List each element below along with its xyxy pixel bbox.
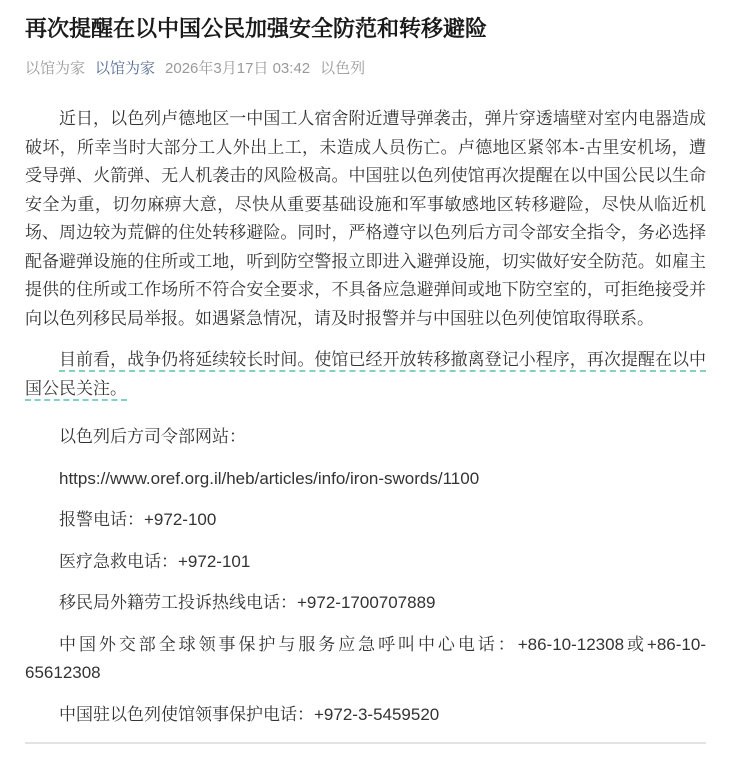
article-meta: 以馆为家 以馆为家 2026年3月17日 03:42 以色列 [25,60,706,78]
article-page: 再次提醒在以中国公民加强安全防范和转移避险 以馆为家 以馆为家 2026年3月1… [0,14,731,744]
miniprogram-link[interactable]: 目前看，战争仍将延续较长时间。使馆已经开放转移撤离登记小程序，再次提醒在以中国公… [25,350,706,401]
contact-line-mfa-consular-center: 中国外交部全球领事保护与服务应急呼叫中心电话：+86-10-12308或+86-… [25,631,706,688]
contact-line-homefront-url: https://www.oref.org.il/heb/articles/inf… [25,465,706,494]
contact-line-immigration-hotline: 移民局外籍劳工投诉热线电话：+972-1700707889 [25,589,706,618]
paragraph-miniprogram: 目前看，战争仍将延续较长时间。使馆已经开放转移撤离登记小程序，再次提醒在以中国公… [25,346,706,403]
author-name: 以馆为家 [25,60,85,78]
publish-datetime: 2026年3月17日 03:42 [165,60,310,78]
article-title: 再次提醒在以中国公民加强安全防范和转移避险 [25,14,706,44]
contact-line-police-phone: 报警电话：+972-100 [25,506,706,535]
publish-location: 以色列 [320,60,365,78]
paragraph-advisory: 近日，以色列卢德地区一中国工人宿舍附近遭导弹袭击，弹片穿透墙壁对室内电器造成破坏… [25,105,706,333]
contact-line-medical-phone: 医疗急救电话：+972-101 [25,548,706,577]
bottom-divider [25,742,706,744]
account-name-link[interactable]: 以馆为家 [95,60,155,78]
contact-line-embassy-consular-phone: 中国驻以色列使馆领事保护电话：+972-3-5459520 [25,701,706,730]
contact-line-homefront-site-label: 以色列后方司令部网站： [25,423,706,452]
